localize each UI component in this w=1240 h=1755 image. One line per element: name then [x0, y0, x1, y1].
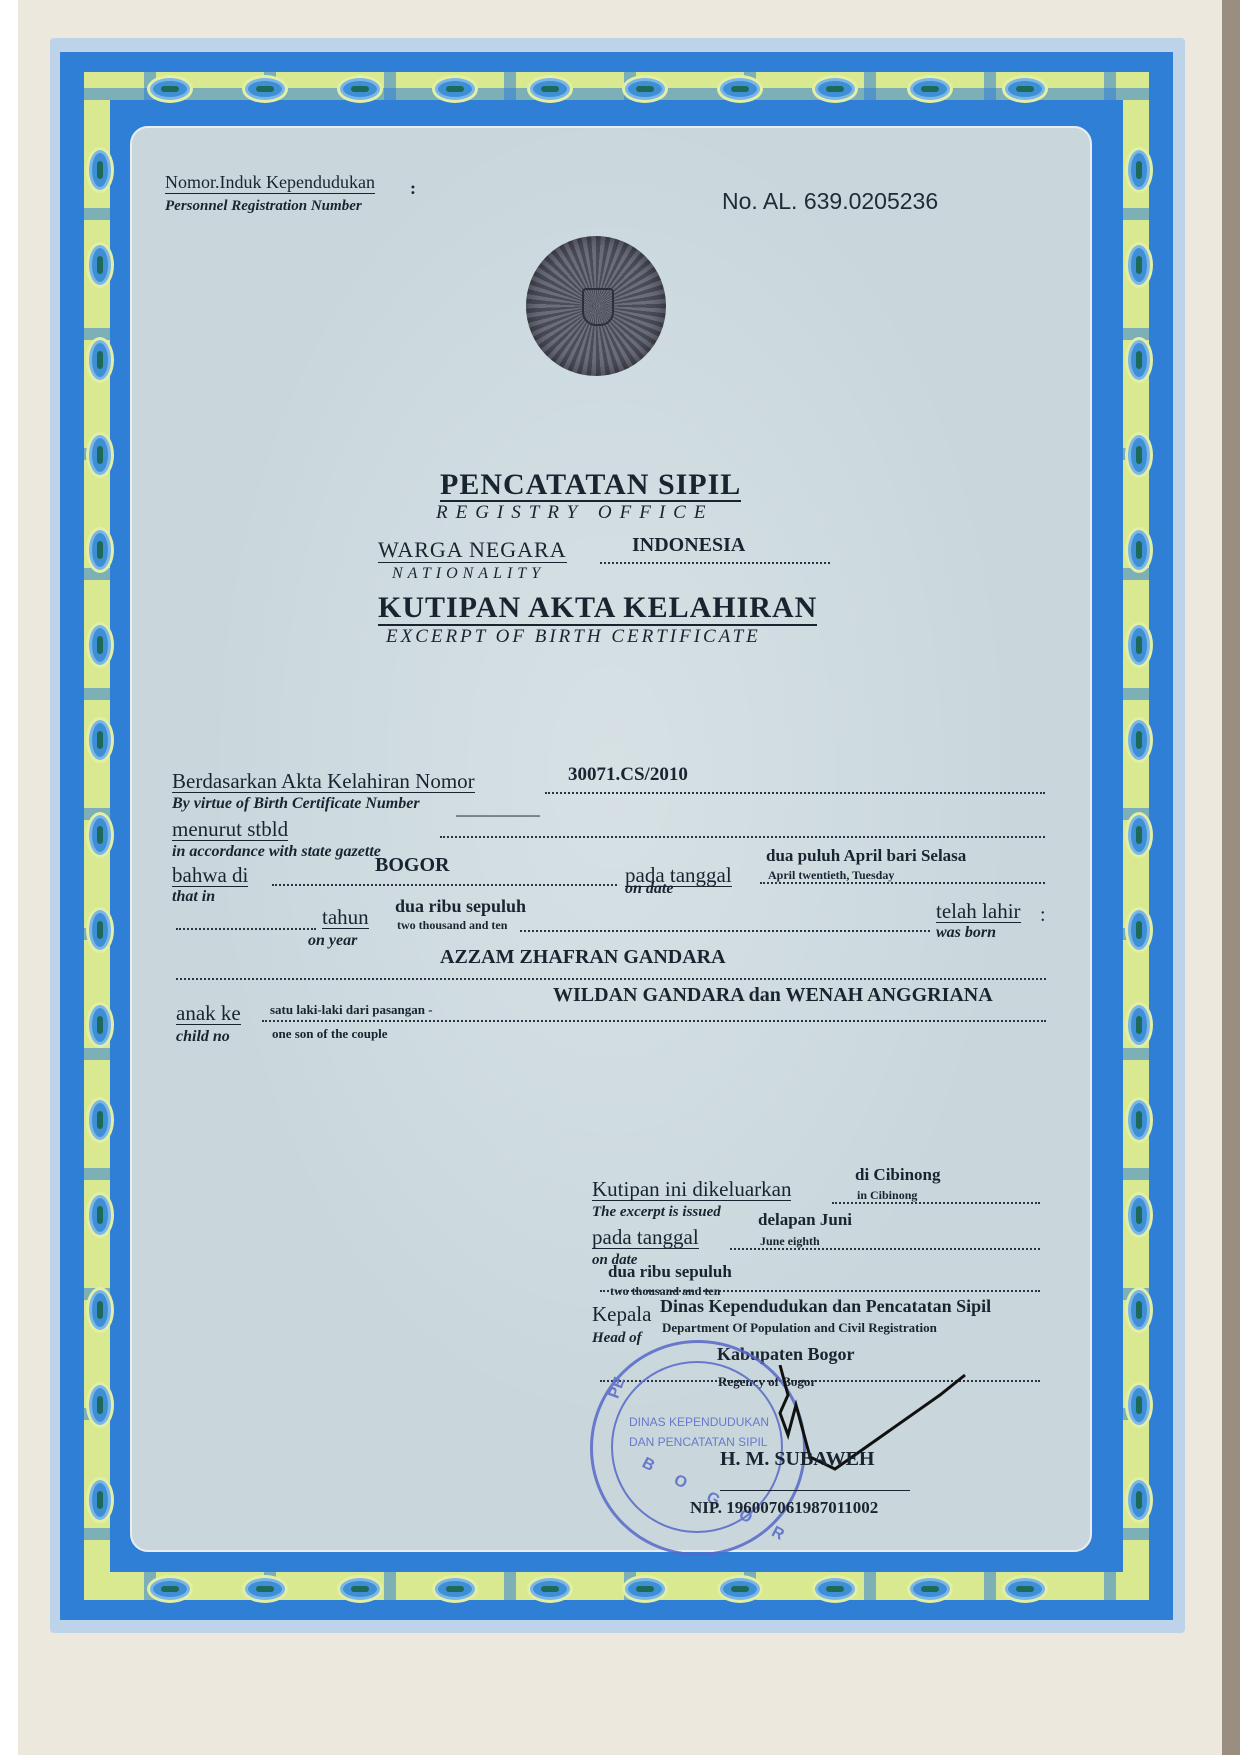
office-title: PENCATATAN SIPIL — [440, 470, 741, 502]
stbld-label-en: in accordance with state gazette — [172, 843, 381, 861]
border-ornament-icon — [625, 1578, 665, 1600]
nationality-value: INDONESIA — [632, 534, 745, 557]
border-ornament-icon — [910, 1578, 950, 1600]
child-order-value: satu laki-laki dari pasangan - — [270, 1002, 433, 1018]
year-label: tahun — [322, 906, 369, 929]
born-label-en: was born — [936, 924, 996, 942]
border-ornament-icon — [435, 1578, 475, 1600]
date-value: dua puluh April bari Selasa — [766, 846, 966, 866]
department-name: Dinas Kependudukan dan Pencatatan Sipil — [660, 1296, 991, 1317]
dotted-line — [760, 882, 1045, 884]
border-ornament-icon — [89, 815, 111, 855]
border-ornament-icon — [1128, 720, 1150, 760]
border-ornament-icon — [89, 1005, 111, 1045]
border-ornament-icon — [89, 1385, 111, 1425]
office-title-en: REGISTRY OFFICE — [436, 502, 713, 524]
border-ornament-icon — [89, 910, 111, 950]
department-name-en: Department Of Population and Civil Regis… — [662, 1320, 937, 1336]
head-label-en: Head of — [592, 1330, 642, 1347]
border-ornament-icon — [1128, 1385, 1150, 1425]
child-name: AZZAM ZHAFRAN GANDARA — [440, 946, 726, 969]
border-ornament-icon — [89, 1100, 111, 1140]
nik-colon: : — [410, 178, 416, 199]
date-label-en: on date — [625, 880, 673, 898]
paper-edge — [1222, 0, 1240, 1755]
border-ornament-icon — [1128, 1100, 1150, 1140]
dotted-line — [440, 836, 1045, 838]
border-ornament-icon — [1128, 150, 1150, 190]
issued-label: Kutipan ini dikeluarkan — [592, 1178, 791, 1201]
border-ornament-icon — [150, 1578, 190, 1600]
serial-number: No. AL. 639.0205236 — [722, 188, 938, 215]
head-label: Kepala — [592, 1302, 651, 1327]
cert-number-label-en: By virtue of Birth Certificate Number — [172, 795, 420, 813]
border-ornament-icon — [625, 78, 665, 100]
border-ornament-icon — [89, 625, 111, 665]
signature-line — [720, 1490, 910, 1491]
border-ornament-icon — [1128, 530, 1150, 570]
border-ornament-icon — [435, 78, 475, 100]
nik-label-en: Personnel Registration Number — [165, 198, 362, 215]
border-ornament-icon — [89, 1290, 111, 1330]
border-ornament-icon — [150, 78, 190, 100]
border-ornament-icon — [1128, 1005, 1150, 1045]
dotted-line — [832, 1202, 1040, 1204]
dotted-line — [545, 792, 1045, 794]
border-ornament-icon — [245, 1578, 285, 1600]
child-order-label: anak ke — [176, 1002, 241, 1025]
dotted-line — [520, 930, 930, 932]
border-ornament-icon — [340, 1578, 380, 1600]
dotted-line — [600, 1290, 1040, 1292]
dotted-line — [262, 1020, 1046, 1022]
border-ornament-icon — [1128, 1290, 1150, 1330]
border-ornament-icon — [1128, 815, 1150, 855]
border-ornament-icon — [89, 435, 111, 475]
born-colon: : — [1040, 904, 1046, 927]
issued-place: di Cibinong — [855, 1165, 941, 1185]
border-ornament-icon — [720, 1578, 760, 1600]
cert-number-value: 30071.CS/2010 — [568, 764, 688, 786]
nationality-label: WARGA NEGARA — [378, 538, 567, 563]
place-label-en: that in — [172, 888, 215, 906]
border-ornament-icon — [815, 78, 855, 100]
official-nip: NIP. 196007061987011002 — [690, 1498, 878, 1518]
border-ornament-icon — [530, 1578, 570, 1600]
border-ornament-icon — [89, 530, 111, 570]
issue-date-value: delapan Juni — [758, 1210, 852, 1230]
border-ornament-icon — [245, 78, 285, 100]
border-ornament-icon — [1128, 340, 1150, 380]
border-ornament-icon — [1005, 78, 1045, 100]
border-ornament-icon — [530, 78, 570, 100]
border-ornament-icon — [89, 340, 111, 380]
date-value-en: April twentieth, Tuesday — [768, 868, 894, 883]
border-ornament-icon — [1128, 1195, 1150, 1235]
dotted-line — [176, 928, 316, 930]
issue-year-value: dua ribu sepuluh — [608, 1262, 732, 1282]
border-ornament-icon — [89, 1480, 111, 1520]
issued-place-en: in Cibinong — [857, 1188, 917, 1203]
border-ornament-icon — [89, 1195, 111, 1235]
year-value: dua ribu sepuluh — [395, 896, 526, 917]
stbld-label: menurut stbld — [172, 818, 288, 841]
border-ornament-icon — [89, 720, 111, 760]
issued-label-en: The excerpt is issued — [592, 1204, 721, 1221]
parents-names: WILDAN GANDARA dan WENAH ANGGRIANA — [553, 984, 993, 1007]
child-order-label-en: child no — [176, 1028, 230, 1046]
border-ornament-icon — [89, 150, 111, 190]
place-label: bahwa di — [172, 864, 248, 887]
border-ornament-icon — [1005, 1578, 1045, 1600]
border-ornament-icon — [1128, 245, 1150, 285]
nationality-label-en: NATIONALITY — [392, 565, 545, 583]
border-ornament-icon — [1128, 625, 1150, 665]
cert-number-label: Berdasarkan Akta Kelahiran Nomor — [172, 770, 475, 793]
issue-date-label: pada tanggal — [592, 1226, 699, 1249]
garuda-emblem-icon — [526, 236, 666, 376]
born-label: telah lahir — [936, 900, 1021, 923]
issue-date-value-en: June eighth — [760, 1234, 820, 1249]
border-ornament-icon — [1128, 910, 1150, 950]
child-order-value-en: one son of the couple — [272, 1026, 388, 1042]
border-ornament-icon — [720, 78, 760, 100]
nik-label: Nomor.Induk Kependudukan — [165, 172, 375, 194]
place-value: BOGOR — [375, 854, 449, 877]
dotted-line — [272, 884, 617, 886]
year-value-en: two thousand and ten — [397, 918, 507, 933]
border-ornament-icon — [89, 245, 111, 285]
border-ornament-icon — [1128, 1480, 1150, 1520]
document-title: KUTIPAN AKTA KELAHIRAN — [378, 592, 817, 626]
dotted-line — [176, 978, 1046, 980]
shield-icon — [582, 288, 614, 326]
border-ornament-icon — [815, 1578, 855, 1600]
border-ornament-icon — [340, 78, 380, 100]
border-ornament-icon — [1128, 435, 1150, 475]
year-label-en: on year — [308, 932, 357, 950]
document-title-en: EXCERPT OF BIRTH CERTIFICATE — [386, 626, 761, 648]
official-name: H. M. SUBAWEH — [720, 1448, 874, 1471]
border-ornament-icon — [910, 78, 950, 100]
dotted-line — [600, 562, 830, 564]
stbld-value: —————— — [456, 808, 540, 824]
dotted-line — [730, 1248, 1040, 1250]
